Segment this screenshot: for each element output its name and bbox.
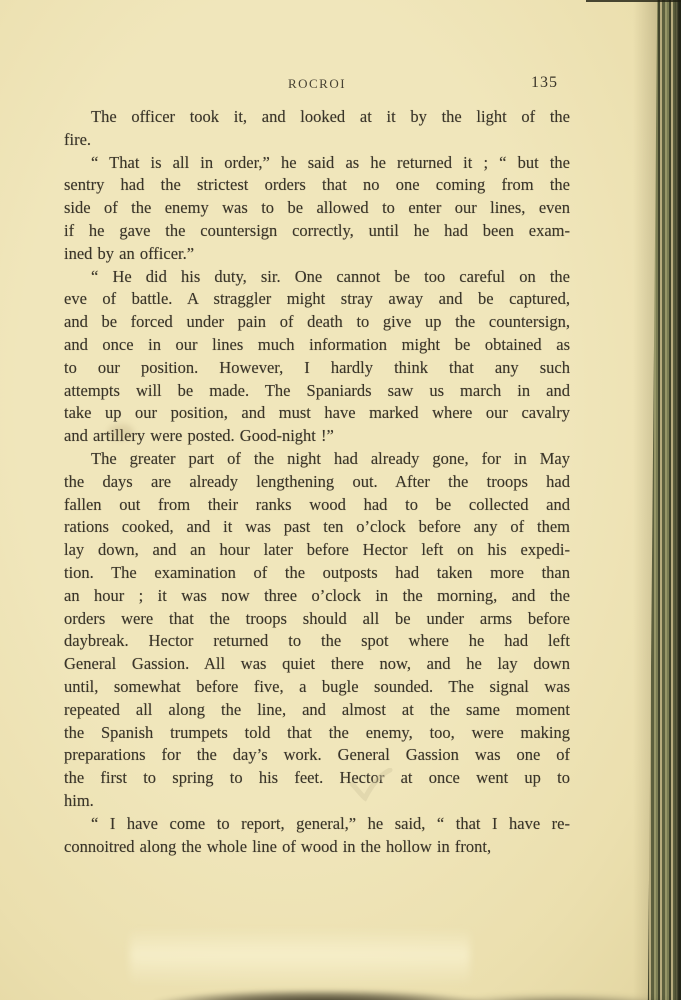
running-head-title: ROCROI: [288, 76, 346, 92]
running-header: ROCROI 135: [64, 74, 570, 94]
page-number: 135: [531, 74, 558, 92]
paragraph: The officer took it, and looked at it by…: [64, 106, 570, 152]
text-line: and once in our lines much information m…: [64, 334, 570, 357]
paragraph: The greater part of the night had alread…: [64, 448, 570, 813]
text-line: the Spanish trumpets told that the enemy…: [64, 722, 570, 745]
text-line: eve of battle. A straggler might stray a…: [64, 288, 570, 311]
text-line: and artillery were posted. Good-night !”: [64, 425, 570, 448]
text-line: rations cooked, and it was past ten o’cl…: [64, 516, 570, 539]
text-line: General Gassion. All was quiet there now…: [64, 653, 570, 676]
page-text: The officer took it, and looked at it by…: [64, 106, 570, 858]
text-line: side of the enemy was to be allowed to e…: [64, 197, 570, 220]
text-line: to our position. However, I hardly think…: [64, 357, 570, 380]
text-line: the first to spring to his feet. Hector …: [64, 767, 570, 790]
text-line: connoitred along the whole line of wood …: [64, 836, 570, 859]
text-line: attempts will be made. The Spaniards saw…: [64, 380, 570, 403]
text-line: until, somewhat before five, a bugle sou…: [64, 676, 570, 699]
text-line: and be forced under pain of death to giv…: [64, 311, 570, 334]
text-line: lay down, and an hour later before Hecto…: [64, 539, 570, 562]
paragraph: “ That is all in order,” he said as he r…: [64, 152, 570, 266]
text-line: if he gave the countersign correctly, un…: [64, 220, 570, 243]
text-line: preparations for the day’s work. General…: [64, 744, 570, 767]
text-line: repeated all along the line, and almost …: [64, 699, 570, 722]
text-line: the days are already lengthening out. Af…: [64, 471, 570, 494]
text-line: fire.: [64, 129, 570, 152]
text-line: an hour ; it was now three o’clock in th…: [64, 585, 570, 608]
text-line: take up our position, and must have mark…: [64, 402, 570, 425]
text-line: tion. The examination of the outposts ha…: [64, 562, 570, 585]
text-line: sentry had the strictest orders that no …: [64, 174, 570, 197]
text-line: ined by an officer.”: [64, 243, 570, 266]
paper-smudge: [108, 424, 134, 440]
text-line: orders were that the troops should all b…: [64, 608, 570, 631]
text-line: “ I have come to report, general,” he sa…: [64, 813, 570, 836]
text-line: “ That is all in order,” he said as he r…: [64, 152, 570, 175]
bottom-corner-shadow: [430, 994, 681, 1000]
paragraph: “ He did his duty, sir. One cannot be to…: [64, 266, 570, 448]
text-line: him.: [64, 790, 570, 813]
text-line: The greater part of the night had alread…: [64, 448, 570, 471]
book-top-edge: [586, 0, 681, 2]
book-page: ROCROI 135 The officer took it, and look…: [0, 0, 652, 1000]
text-line: “ He did his duty, sir. One cannot be to…: [64, 266, 570, 289]
text-line: fallen out from their ranks wood had to …: [64, 494, 570, 517]
paragraph: “ I have come to report, general,” he sa…: [64, 813, 570, 859]
text-line: The officer took it, and looked at it by…: [64, 106, 570, 129]
text-line: daybreak. Hector returned to the spot wh…: [64, 630, 570, 653]
book-page-photo: ROCROI 135 The officer took it, and look…: [0, 0, 681, 1000]
